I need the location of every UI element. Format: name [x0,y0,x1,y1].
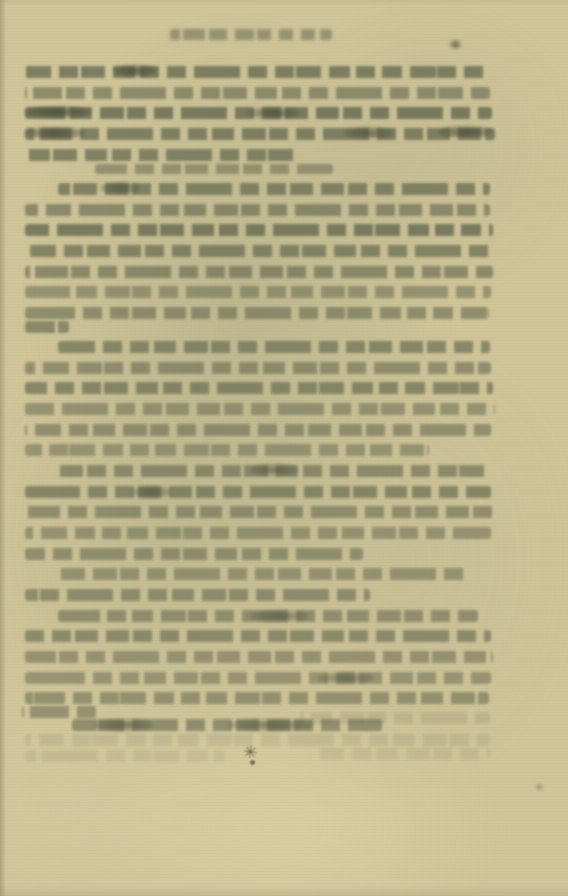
ink-accent [228,719,314,731]
page-top-edge-shadow [0,0,568,5]
ink-accent [318,672,374,684]
ink-accent [25,106,91,118]
ink-accent [344,127,394,139]
page-number [448,38,463,51]
running-header-title [170,29,332,40]
text-line [25,506,493,518]
scanned-book-page: ✳ [0,0,568,896]
text-line [25,286,491,298]
text-line [25,245,491,257]
text-line [300,712,490,724]
text-line [58,341,490,353]
text-line [25,630,491,642]
text-line [25,66,490,78]
text-line [25,382,493,394]
text-line [25,224,493,236]
text-line [25,362,491,374]
text-line [25,589,370,601]
ink-accent [438,126,492,138]
text-line [25,424,491,436]
ink-accent [250,610,308,622]
ink-accent [95,719,153,731]
text-line [25,149,297,161]
ink-accent [132,486,172,498]
text-line [25,444,429,456]
text-line [25,486,491,498]
text-line [320,748,490,760]
ink-accent [100,182,140,194]
text-line [25,692,489,704]
text-line [25,321,69,333]
text-line [25,403,495,415]
text-line [25,527,491,539]
text-line [25,672,491,684]
ink-accent [113,65,157,77]
text-line [25,266,493,278]
ink-accent [536,784,543,790]
text-line [95,164,333,174]
ink-accent [248,107,300,119]
text-line [25,87,490,99]
printer-ornament-dot [250,760,255,765]
text-line [25,651,493,663]
text-line [25,128,495,140]
ink-accent [250,464,298,476]
page-bottom-edge-shadow [0,886,568,896]
text-line [25,750,225,762]
text-line [25,307,489,319]
ink-accent [25,127,85,139]
text-line [58,568,468,580]
text-line [22,706,96,718]
text-line [25,204,490,216]
page-left-edge-shadow [0,0,6,896]
text-line [25,548,363,560]
